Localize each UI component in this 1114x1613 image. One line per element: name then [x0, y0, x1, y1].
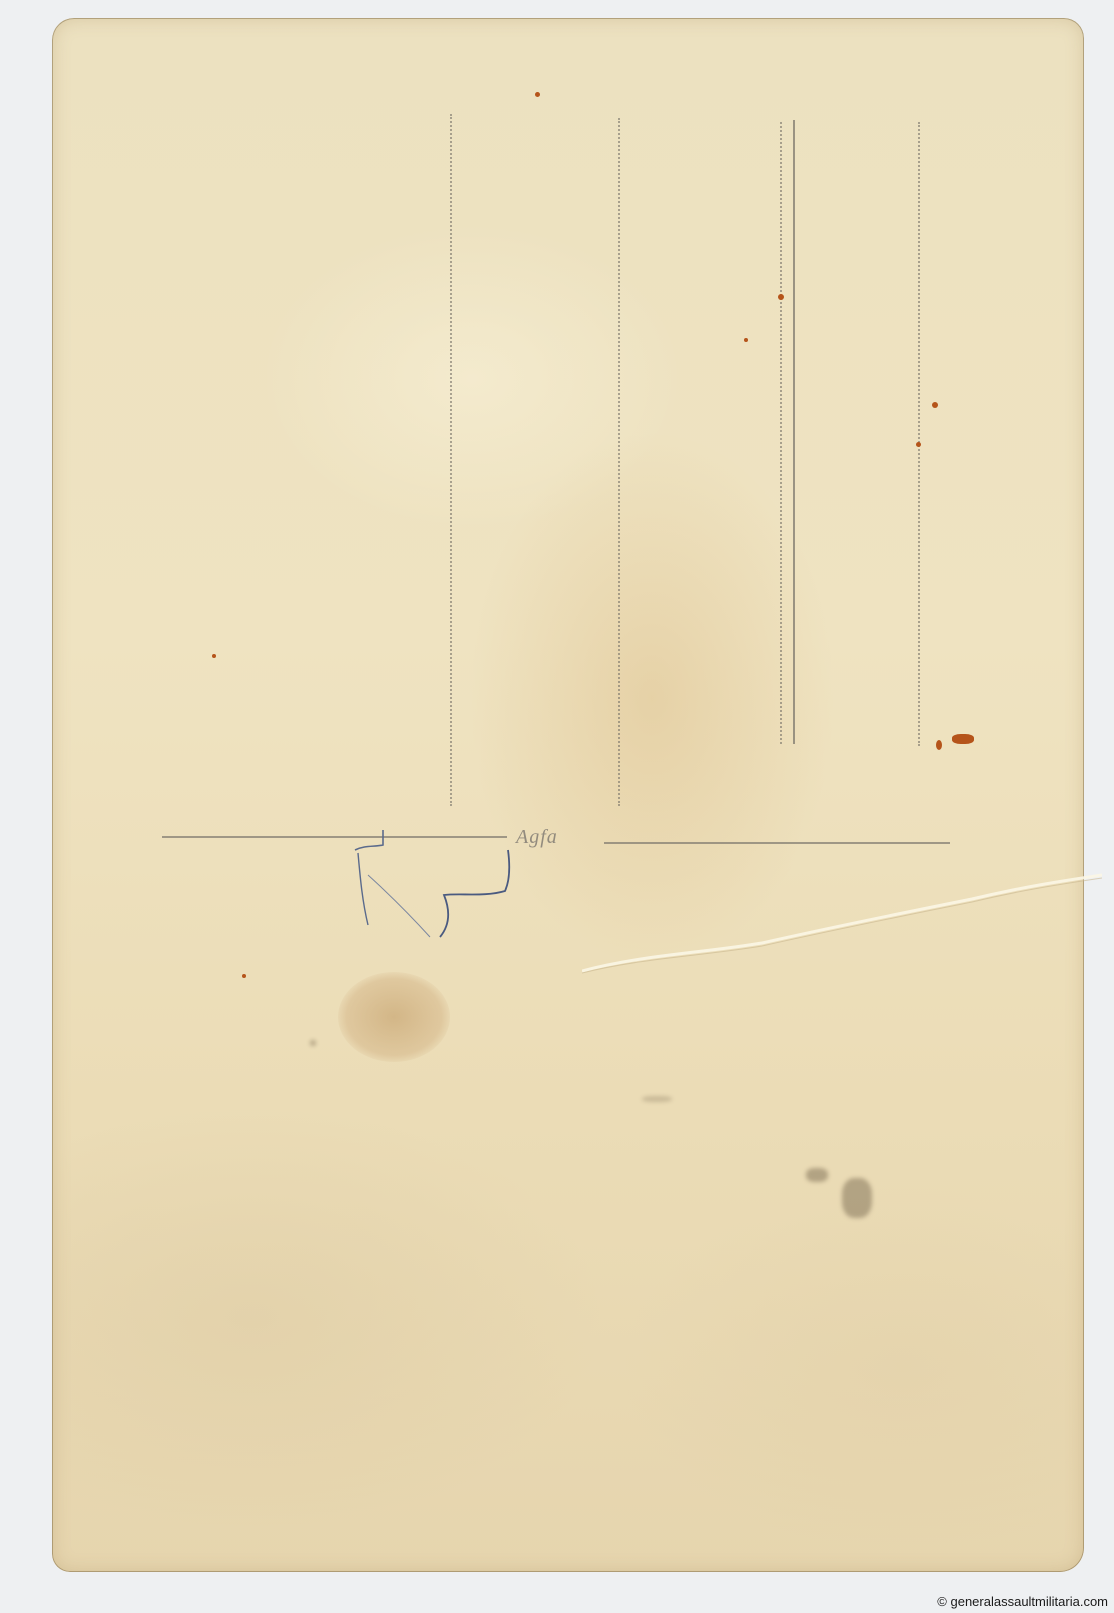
rust-spot — [932, 402, 938, 408]
rust-spot — [535, 92, 540, 97]
dotted-rule-3 — [780, 122, 782, 744]
rust-spot — [242, 974, 246, 978]
dotted-rule-1 — [450, 114, 452, 806]
pencil-scribble — [350, 825, 520, 940]
agfa-imprint: Agfa — [516, 826, 558, 849]
water-stain — [338, 972, 450, 1062]
rust-spot — [212, 654, 216, 658]
smudge — [806, 1168, 828, 1182]
rust-spot — [744, 338, 748, 342]
smudge — [842, 1178, 872, 1218]
paper-crease — [582, 863, 1102, 983]
solid-rule — [793, 120, 795, 744]
rust-spot — [778, 294, 784, 300]
rust-spot — [916, 442, 921, 447]
smudge — [310, 1040, 316, 1046]
copyright-watermark: © generalassaultmilitaria.com — [937, 1594, 1108, 1609]
postcard-back — [52, 18, 1084, 1572]
rust-spot — [936, 740, 942, 750]
rust-spot — [952, 734, 974, 744]
divider-right — [604, 842, 950, 844]
smudge — [642, 1096, 672, 1102]
dotted-rule-2 — [618, 118, 620, 806]
dotted-rule-4 — [918, 122, 920, 746]
